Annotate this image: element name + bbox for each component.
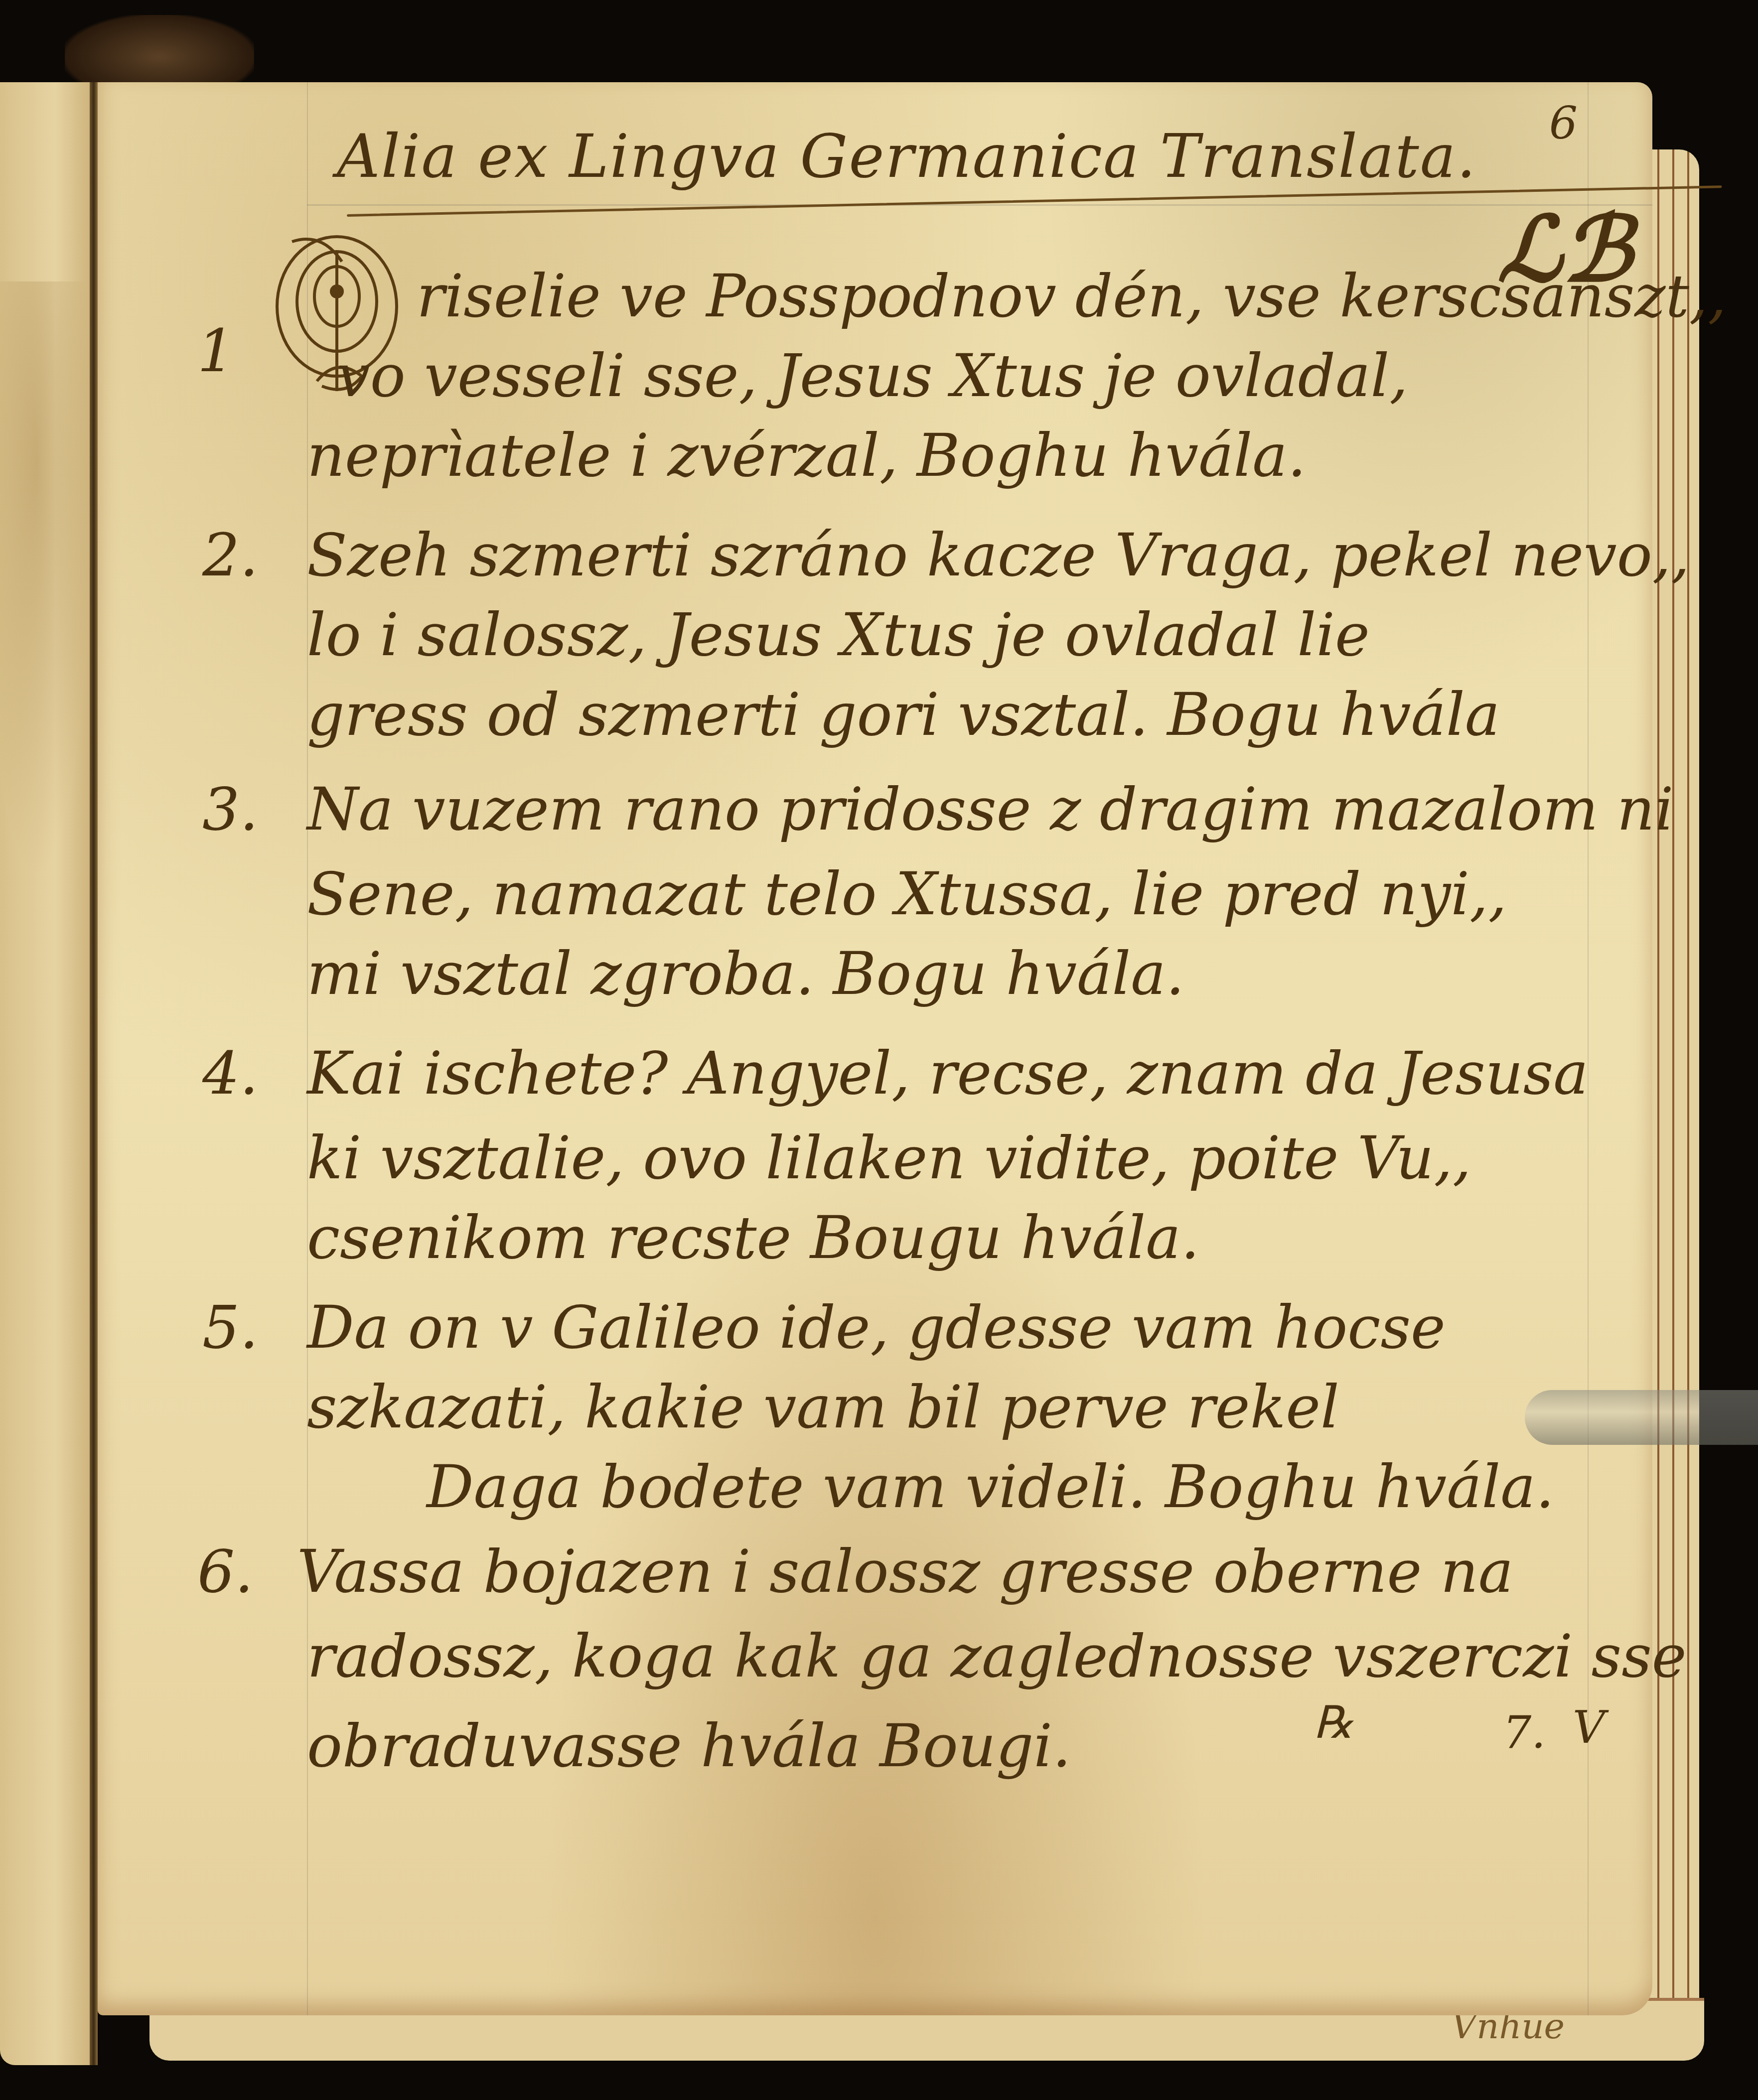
verse-line: mi vsztal zgroba. Bogu hvála.	[307, 939, 1184, 1008]
verse-line: csenikom recste Bougu hvála.	[307, 1203, 1199, 1272]
pencil-rule	[307, 204, 1652, 206]
verse-line: Sene, namazat telo Xtussa, lie pred nyi,…	[307, 859, 1507, 928]
verse-line: vo vesseli sse, Jesus Xtus je ovladal,	[337, 341, 1408, 410]
page-stack-edges	[1644, 149, 1699, 2033]
book-gutter	[90, 82, 98, 2065]
glass-page-holder-rod	[1525, 1390, 1758, 1445]
verse-line: gress od szmerti gori vsztal. Bogu hvála	[307, 680, 1500, 749]
manuscript-page: 6 Alia ex Lingva Germanica Translata. ℒℬ…	[98, 82, 1652, 2015]
verse-line: neprìatele i zvérzal, Boghu hvála.	[307, 421, 1306, 490]
verse-line: Szeh szmerti szráno kacze Vraga, pekel n…	[307, 521, 1690, 589]
verse-number: 6.	[197, 1537, 254, 1606]
verse-line: radossz, koga kak ga zaglednosse vszercz…	[307, 1622, 1687, 1690]
catchword-symbol: ℞	[1314, 1696, 1354, 1749]
water-stain	[0, 281, 92, 879]
page-number: 6	[1549, 97, 1578, 149]
verse-number: 2.	[202, 521, 259, 589]
left-page-edge	[0, 82, 92, 2065]
verse-line: Na vuzem rano pridosse z dragim mazalom …	[307, 775, 1674, 843]
verse-line: riselie ve Posspodnov dén, vse kerscsans…	[417, 262, 1727, 330]
verse-line: Da on v Galileo ide, gdesse vam hocse	[307, 1293, 1446, 1362]
page-title: Alia ex Lingva Germanica Translata.	[337, 122, 1476, 191]
verse-number: 3.	[202, 775, 259, 843]
verse-line: ki vsztalie, ovo lilaken vidite, poite V…	[307, 1123, 1471, 1192]
verse-line: szkazati, kakie vam bil perve rekel	[307, 1373, 1339, 1441]
verse-line: Kai ischete? Angyel, recse, znam da Jesu…	[307, 1039, 1589, 1108]
verse-line: lo i salossz, Jesus Xtus je ovladal lie	[307, 600, 1370, 669]
verse-line: obraduvasse hvála Bougi.	[307, 1711, 1071, 1780]
next-verse-catchword: V	[1573, 1701, 1605, 1754]
verse-number: 1	[197, 316, 235, 385]
verse-number: 5.	[202, 1293, 259, 1362]
verse-line: Vassa bojazen i salossz gresse oberne na	[297, 1537, 1513, 1606]
verse-line: Daga bodete vam videli. Boghu hvála.	[427, 1452, 1554, 1521]
verse-number: 4.	[202, 1039, 259, 1108]
binding-debris	[65, 15, 254, 85]
next-verse-number: 7.	[1503, 1706, 1546, 1759]
